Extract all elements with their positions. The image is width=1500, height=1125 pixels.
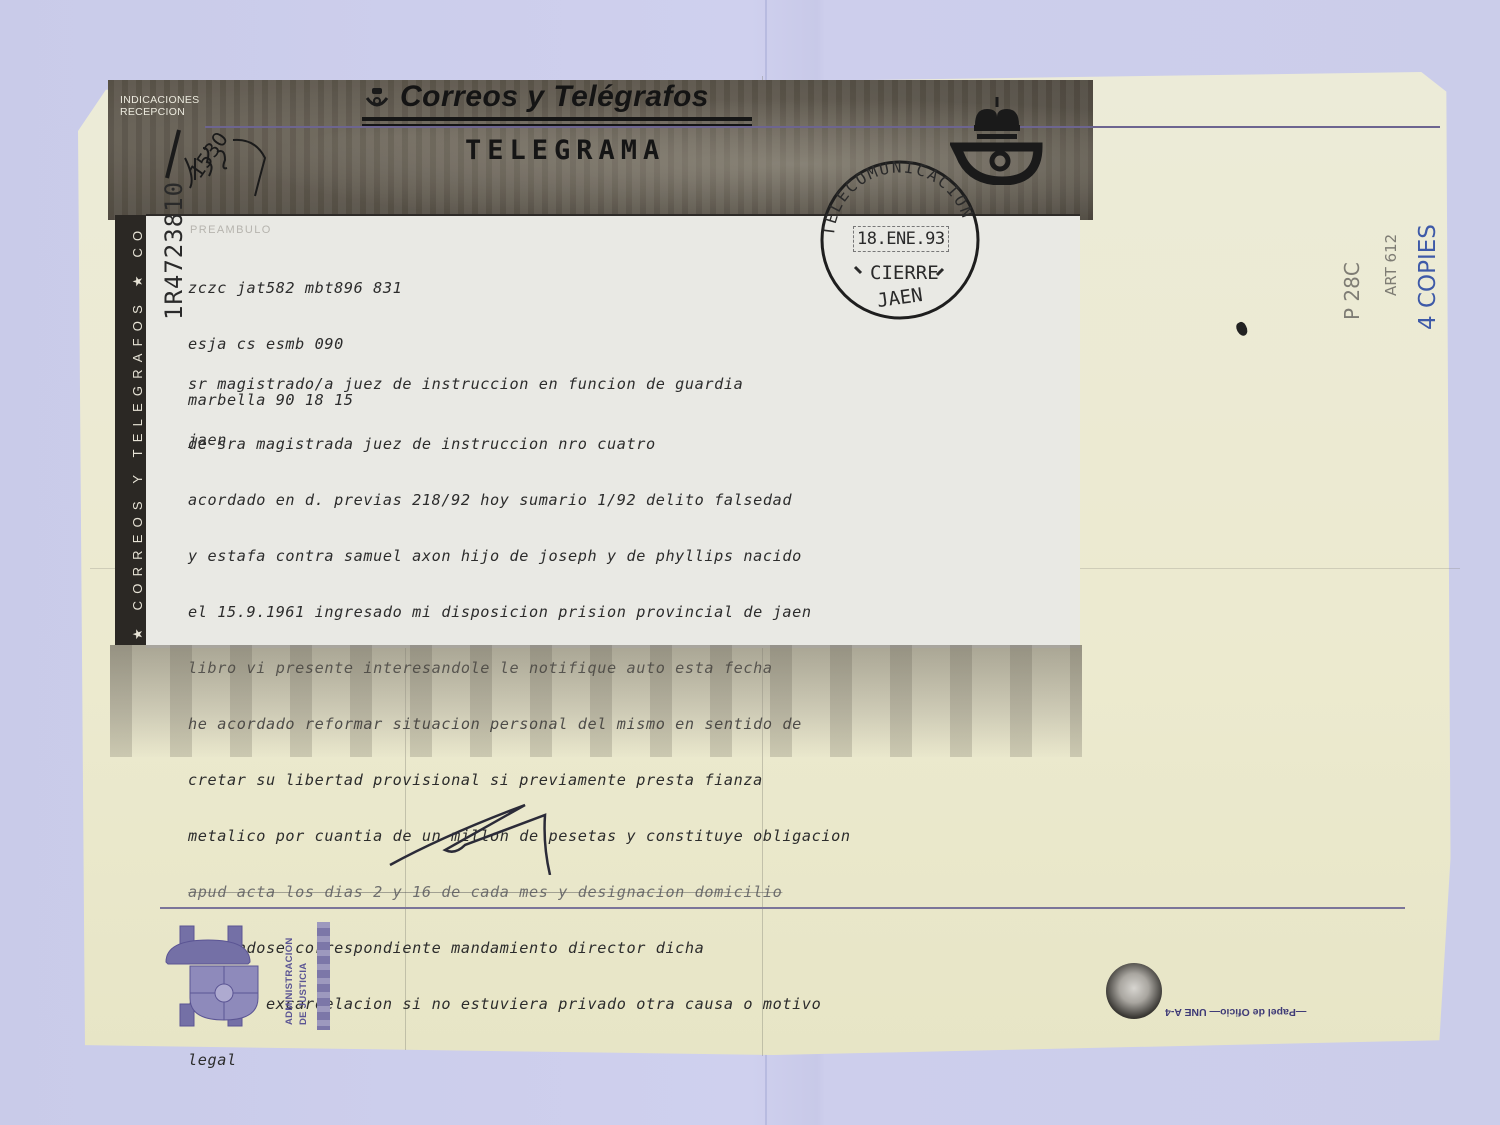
pencil-margin-subnote: ART 612 [1382, 234, 1400, 296]
postmark-label: CIERRE [870, 262, 939, 284]
message-line: legal [188, 1050, 851, 1070]
preamble-label: PREAMBULO [190, 224, 272, 236]
institution-label: ADMINISTRACION DE JUSTICIA [283, 937, 311, 1025]
telegram-title: TELEGRAMA [465, 135, 665, 166]
side-strip-text: ★ CORREOS Y TELEGRAFOS ★ CO [130, 210, 146, 640]
message-line: cretar su libertad provisional si previa… [188, 770, 851, 790]
brand-name: Correos y Telégrafos [400, 80, 709, 114]
postmark-date: 18.ENE.93 [853, 226, 949, 252]
pencil-margin-note: P 28C [1340, 262, 1364, 320]
blue-ink-margin-note: 4 COPIES [1415, 224, 1441, 330]
preamble-line: zczc jat582 mbt896 831 [188, 278, 402, 298]
crown-posthorn-logo-small-icon [364, 86, 390, 112]
message-line: y estafa contra samuel axon hijo de jose… [188, 546, 851, 566]
message-line: apud acta los dias 2 y 16 de cada mes y … [188, 882, 851, 902]
spanish-coat-of-arms-icon [150, 920, 268, 1032]
message-line: el 15.9.1961 ingresado mi disposicion pr… [188, 602, 851, 622]
addressee-line: sr magistrado/a juez de instruccion en f… [188, 374, 743, 394]
serial-number: 1R4723810 [160, 181, 188, 320]
indicaciones-label: INDICACIONES RECEPCION [120, 94, 199, 118]
photocopy-toner-band [110, 645, 1082, 757]
message-line: de sra magistrada juez de instruccion nr… [188, 434, 851, 454]
handwritten-signature [385, 795, 555, 875]
punch-hole-icon [1106, 963, 1162, 1019]
message-line: acordado en d. previas 218/92 hoy sumari… [188, 490, 851, 510]
brand-underline [362, 117, 752, 121]
institution-line: DE JUSTICIA [297, 937, 311, 1025]
footer-rule [160, 907, 1405, 909]
svg-text:TELECOMUNICACION: TELECOMUNICACION [819, 157, 978, 236]
indicaciones-line: INDICACIONES [120, 94, 199, 106]
institution-line: ADMINISTRACION [283, 937, 297, 1025]
recepcion-line: RECEPCION [120, 106, 199, 118]
purple-guide-line [205, 126, 1440, 128]
institution-bar [317, 922, 330, 1030]
paper-spec-label: —Papel de Oficio— UNE A-4 [1165, 1006, 1306, 1018]
